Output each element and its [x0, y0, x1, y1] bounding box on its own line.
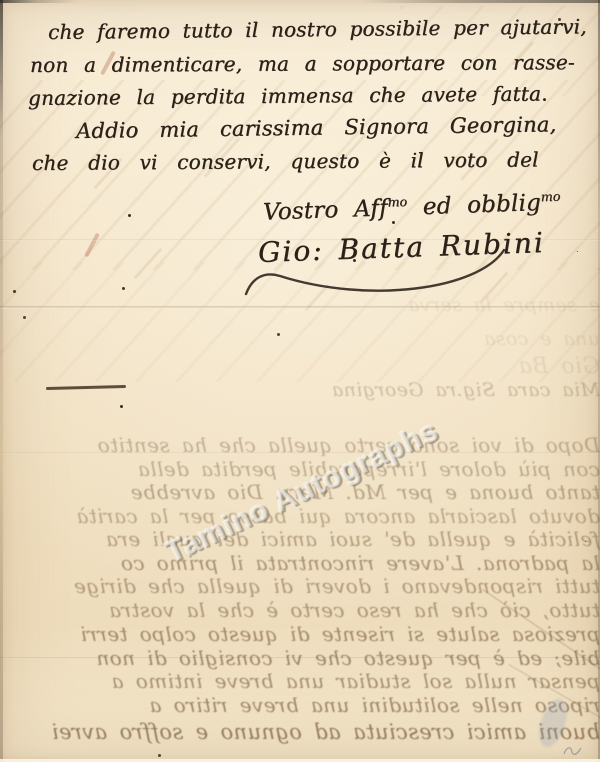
signature-flourish — [228, 242, 528, 312]
letter-line-5: che dio vi conservi, questo è il voto de… — [32, 147, 539, 175]
bleedthrough-fragment: Gio Ba — [0, 354, 600, 379]
bleedthrough-line: riposo nelle solitudini una breve ritiro… — [0, 693, 600, 717]
closing-text-2: ed obblig — [407, 190, 542, 221]
letter-photo: e sempre la serva una e cosa Gio Ba Mia … — [0, 0, 600, 762]
letter-line-2: non a dimenticare, ma a sopportare con r… — [30, 50, 575, 77]
bleedthrough-line: preziosa salute si risente di questo col… — [0, 622, 600, 646]
closing-superscript-2: mo — [540, 189, 560, 205]
bleedthrough-line: tutto, ciò che ha reso certo è che la vo… — [0, 598, 600, 622]
bleedthrough-line: pensar nulla sol studiar una breve intim… — [0, 669, 600, 693]
pencil-mark — [562, 742, 584, 758]
bleedthrough-line: buoni amici cresciuta ad ognuno e soffro… — [0, 720, 600, 744]
bleedthrough-line: Dopo di voi sono certo quella che ha sen… — [0, 433, 600, 457]
bleedthrough-fragment: una e cosa — [0, 328, 600, 350]
photo-edge-left — [0, 0, 3, 762]
bleedthrough-line: bile; ed è per questo che vi consiglio d… — [0, 646, 600, 670]
bleedthrough-heading: Mia cara Sig.ra Georgina — [0, 379, 600, 401]
bleedthrough-line: felicità e quella de' suoi amici dei qua… — [0, 527, 600, 551]
ink-specks — [128, 214, 131, 217]
letter-line-3: gnazione la perdita immensa che avete fa… — [28, 81, 548, 110]
photo-edge-top — [0, 0, 600, 3]
closing-superscript-1: mo — [387, 194, 407, 210]
bleedthrough-line: tutti rispondevano i doveri di quella ch… — [0, 574, 600, 598]
bleedthrough-line: la padrona. L'avere rincontrata il primo… — [0, 551, 600, 575]
closing-text-1: Vostro Aff — [263, 195, 389, 225]
